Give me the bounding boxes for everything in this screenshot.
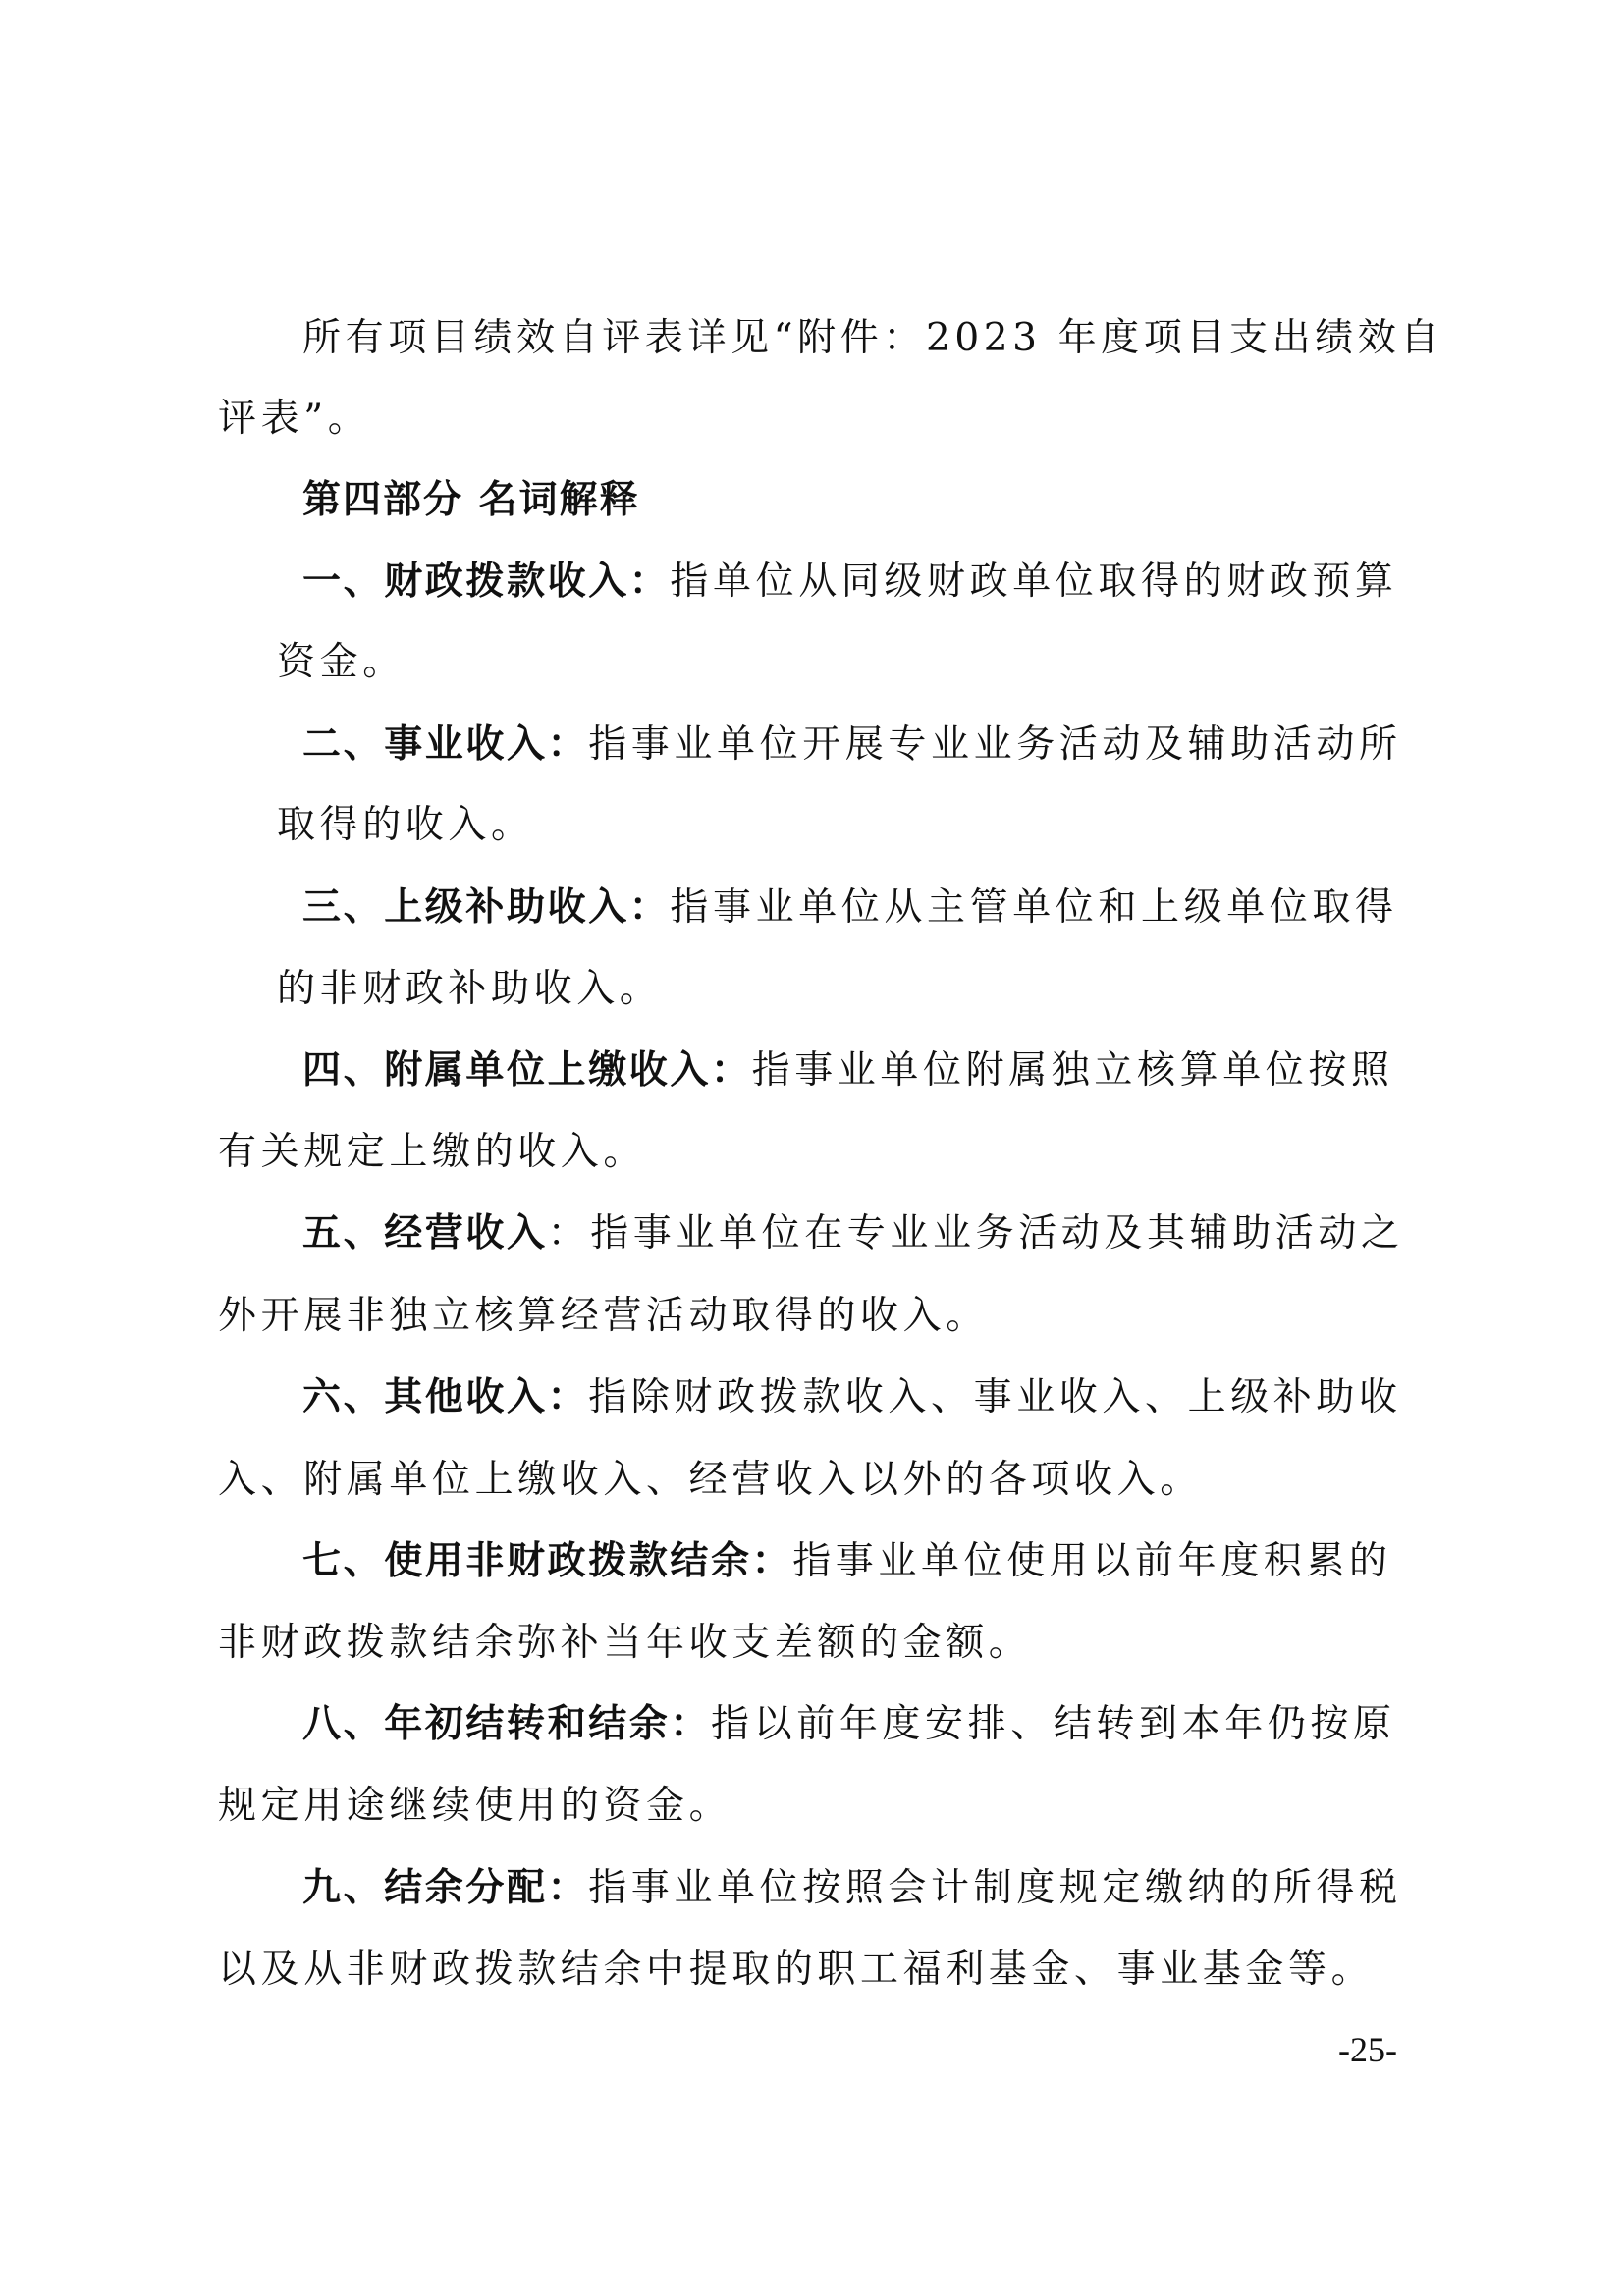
term-6-definition: 指除财政拨款收入、事业收入、上级补助收 [588, 1375, 1401, 1419]
document-page: 所有项目绩效自评表详见“附件：2023 年度项目支出绩效自 评表”。 第四部分 … [0, 0, 1624, 2296]
intro-line-2: 评表”。 [218, 397, 370, 442]
term-6-line-1: 六、其他收入：指除财政拨款收入、事业收入、上级补助收 [302, 1375, 1402, 1420]
term-3-title: 三、上级补助收入： [302, 885, 670, 930]
term-5-title: 五、经营收入 [302, 1211, 548, 1255]
term-6-line-2: 入、附属单位上缴收入、经营收入以外的各项收入。 [218, 1458, 1203, 1503]
term-9-title: 九、结余分配： [302, 1866, 588, 1910]
term-5-line-2: 外开展非独立核算经营活动取得的收入。 [218, 1294, 989, 1339]
term-1-line-2: 资金。 [277, 640, 406, 685]
term-2-definition: 指事业单位开展专业业务活动及辅助活动所 [588, 722, 1401, 767]
term-1-title: 一、财政拨款收入： [302, 560, 670, 604]
term-4-title: 四、附属单位上缴收入： [302, 1048, 752, 1093]
term-7-line-1: 七、使用非财政拨款结余：指事业单位使用以前年度积累的 [302, 1539, 1392, 1584]
term-3-line-2: 的非财政补助收入。 [277, 967, 662, 1012]
term-8-line-1: 八、年初结转和结余：指以前年度安排、结转到本年仍按原 [302, 1702, 1396, 1747]
term-8-title: 八、年初结转和结余： [302, 1702, 711, 1746]
term-7-line-2: 非财政拨款结余弥补当年收支差额的金额。 [218, 1621, 1031, 1666]
term-4-line-1: 四、附属单位上缴收入：指事业单位附属独立核算单位按照 [302, 1048, 1394, 1094]
term-9-definition: 指事业单位按照会计制度规定缴纳的所得税 [588, 1866, 1401, 1910]
term-1-line-1: 一、财政拨款收入：指单位从同级财政单位取得的财政预算 [302, 560, 1398, 605]
term-9-line-1: 九、结余分配：指事业单位按照会计制度规定缴纳的所得税 [302, 1866, 1402, 1911]
term-7-title: 七、使用非财政拨款结余： [302, 1539, 792, 1583]
term-1-definition: 指单位从同级财政单位取得的财政预算 [670, 560, 1397, 604]
page-number: -25- [1338, 2030, 1397, 2069]
term-9-line-2: 以及从非财政拨款结余中提取的职工福利基金、事业基金等。 [218, 1948, 1374, 1993]
term-3-definition: 指事业单位从主管单位和上级单位取得 [670, 885, 1397, 930]
intro-line-1: 所有项目绩效自评表详见“附件：2023 年度项目支出绩效自 [302, 316, 1443, 361]
term-6-title: 六、其他收入： [302, 1375, 588, 1419]
term-4-line-2: 有关规定上缴的收入。 [218, 1130, 646, 1175]
term-2-title: 二、事业收入： [302, 722, 588, 767]
term-7-definition: 指事业单位使用以前年度积累的 [792, 1539, 1391, 1583]
term-8-definition: 指以前年度安排、结转到本年仍按原 [711, 1702, 1396, 1746]
term-5-definition: ：指事业单位在专业业务活动及其辅助活动之 [548, 1211, 1404, 1255]
section-heading: 第四部分 名词解释 [302, 478, 640, 523]
term-4-definition: 指事业单位附属独立核算单位按照 [752, 1048, 1394, 1093]
term-8-line-2: 规定用途继续使用的资金。 [218, 1784, 731, 1829]
term-3-line-1: 三、上级补助收入：指事业单位从主管单位和上级单位取得 [302, 885, 1398, 931]
term-2-line-1: 二、事业收入：指事业单位开展专业业务活动及辅助活动所 [302, 722, 1402, 768]
term-2-line-2: 取得的收入。 [277, 803, 534, 848]
term-5-line-1: 五、经营收入：指事业单位在专业业务活动及其辅助活动之 [302, 1211, 1404, 1256]
